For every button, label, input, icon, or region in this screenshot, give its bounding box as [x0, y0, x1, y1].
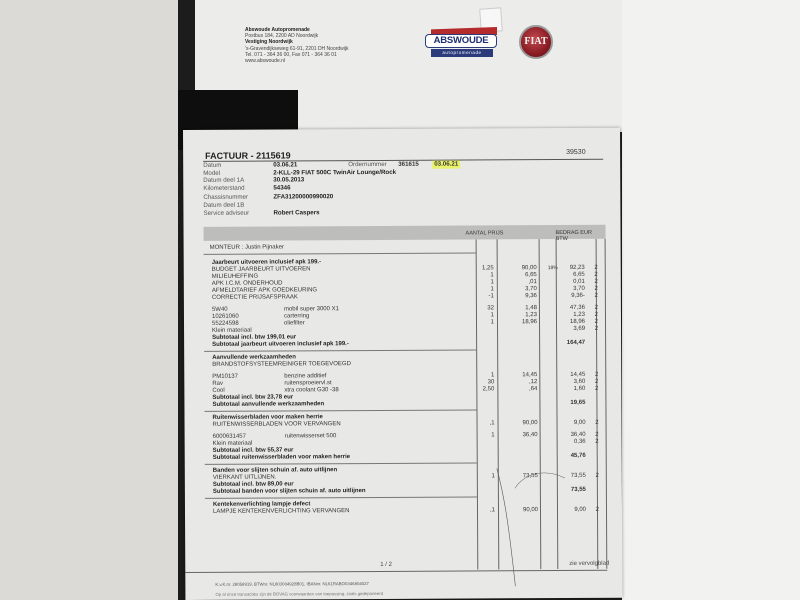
unit-price: 90,00 [522, 265, 537, 272]
table-row: RUITENWISSERBLADEN VOOR VERVANGEN,190,00… [205, 420, 607, 429]
line-amount: 3,70 [573, 286, 585, 293]
vat-code: 2 [594, 272, 597, 279]
line-description: Subtotaal ruitenwisserbladen voor maken … [213, 454, 350, 462]
vat-code: 2 [595, 372, 598, 379]
subtotal-row: Subtotaal jaarbeurt uitvoeren inclusief … [204, 340, 606, 349]
vat-code: 2 [594, 286, 597, 293]
meta-value: Robert Caspers [273, 209, 319, 217]
vat-code: 2 [595, 326, 598, 333]
page-number: 1 / 2 [380, 562, 392, 568]
unit-price: 9,36 [525, 293, 537, 300]
line-amount: 9,00 [574, 420, 586, 427]
line-description: Subtotaal banden voor slijten schuin af.… [213, 488, 366, 496]
divider [205, 496, 477, 498]
line-description: RUITENWISSERBLADEN VOOR VERVANGEN [213, 421, 341, 429]
divider [204, 349, 476, 351]
vat-code: 2 [595, 439, 598, 446]
vat-code: 2 [595, 319, 598, 326]
line-description: LAMPJE KENTEKENVERLICHTING VERVANGEN [213, 508, 350, 516]
quantity: 1 [491, 432, 494, 439]
vat-code: 2 [595, 293, 598, 300]
vat-code: 2 [595, 379, 598, 386]
line-description: Subtotaal jaarbeurt uitvoeren inclusief … [212, 341, 349, 349]
table-surface-right [622, 0, 800, 600]
unit-price: 1,23 [525, 312, 537, 319]
line-amount: 19,65 [570, 400, 585, 407]
meta-row: Service adviseur Robert Caspers [203, 208, 460, 217]
invoice-title: FACTUUR - 2115619 [205, 150, 291, 160]
table-header: AANTAL PRIJS BEDRAG EUR BTW [204, 225, 606, 241]
line-description: CORRECTIE PRIJSAFSPRAAK [212, 294, 298, 301]
vat-code: 2 [596, 507, 599, 514]
part-code: Cool [212, 388, 224, 395]
sender-line: 's-Gravendijkseweg 61-91, 2201 DH Noordw… [245, 46, 349, 52]
quantity: 1 [491, 312, 494, 319]
table-row: CORRECTIE PRIJSAFSPRAAK-19,369,36-2 [204, 293, 606, 302]
meta-value: 30.05.2013 [273, 177, 304, 185]
meta-value: 361615 [398, 161, 426, 169]
company-registration: K.v.K.nr. 28058919, BTWnr. NL803004928B0… [215, 581, 369, 587]
meta-row: Kilometerstand 54346 [203, 183, 460, 192]
quantity: 30 [488, 379, 495, 386]
part-code: Rav [212, 381, 223, 388]
line-amount: 1,23 [573, 312, 585, 319]
quantity: 32 [487, 305, 494, 312]
pen-mark [495, 468, 576, 588]
quantity: ,1 [490, 420, 495, 427]
unit-price: 90,00 [523, 420, 538, 427]
logo-name: ABSWOUDE [425, 34, 497, 48]
sender-line: www.abswoude.nl [245, 58, 349, 64]
divider [205, 462, 477, 464]
unit-price: 3,70 [525, 286, 537, 293]
line-amount: 3,60 [574, 379, 586, 386]
terms-note: Op al onze transacties zijn de BOVAG voo… [215, 591, 383, 597]
meta-value: 03.06.21 [273, 161, 313, 169]
subtotal-row: Subtotaal aanvullende werkzaamheden19,65 [204, 400, 606, 409]
quantity: 1,25 [482, 265, 494, 272]
unit-price: ,01 [528, 279, 536, 286]
line-amount: 3,69 [573, 326, 585, 333]
quantity: 1 [490, 279, 493, 286]
table-row: BRANDSTOFSYSTEEMREINIGER TOEGEVOEGD [204, 360, 606, 369]
line-description: BRANDSTOFSYSTEEMREINIGER TOEGEVOEGD [212, 361, 351, 369]
meta-label: Service adviseur [203, 209, 273, 217]
unit-price: 1,48 [525, 305, 537, 312]
meta-value: ZFA31200000990020 [273, 194, 333, 202]
quantity: 2,50 [483, 386, 495, 393]
unit-price: ,64 [529, 386, 537, 393]
line-amount: 1,60 [574, 386, 586, 393]
vat-code: 2 [595, 386, 598, 393]
table-surface-left [0, 0, 178, 600]
meta-label: Kilometerstand [203, 184, 273, 192]
quantity: 1 [491, 372, 494, 379]
quantity: -1 [489, 293, 494, 300]
sender-address: Abswoude Autopromenade Postbus 184, 2200… [245, 27, 349, 64]
invoice-meta: Datum 03.06.21 Ordernummer 361615 03.06.… [203, 161, 460, 218]
vat-code: 2 [594, 279, 597, 286]
line-amount: 0,36 [574, 439, 586, 446]
quantity: 1 [491, 319, 494, 326]
line-amount: 164,47 [567, 340, 585, 347]
divider [204, 409, 476, 411]
quantity: 1 [490, 286, 493, 293]
highlighted-date: 03.06.21 [432, 161, 460, 169]
meta-value: 2-KLL-29 FIAT 500C TwinAir Lounge/Rock [273, 168, 396, 176]
fiat-logo: FIAT [519, 25, 553, 59]
line-amount: 9,00 [574, 507, 586, 514]
line-amount: 0,01 [573, 279, 585, 286]
monteur-label: MONTEUR : Justin Pijnaker [210, 244, 284, 250]
vat-code: 2 [595, 420, 598, 427]
invoice-ref-number: 39530 [566, 149, 586, 156]
discount: 18% [548, 265, 558, 272]
line-amount: 45,76 [571, 453, 586, 460]
vat-code: 2 [595, 312, 598, 319]
vat-code: 2 [595, 432, 598, 439]
divider [204, 252, 476, 254]
vat-code: 2 [594, 265, 597, 272]
line-description: Subtotaal aanvullende werkzaamheden [212, 401, 324, 409]
column-header-amount-btw: BEDRAG EUR BTW [556, 230, 606, 242]
unit-price: 6,65 [525, 272, 537, 279]
abswoude-logo: ABSWOUDE autopromenade [425, 27, 503, 61]
logo-subtitle: autopromenade [431, 49, 493, 57]
subtotal-row: Subtotaal ruitenwisserbladen voor maken … [205, 453, 607, 462]
invoice-page: FACTUUR - 2115619 39530 Datum 03.06.21 O… [183, 128, 622, 600]
vat-code: 2 [595, 473, 598, 480]
line-amount: 6,65 [573, 272, 585, 279]
vat-code: 2 [595, 305, 598, 312]
meta-value: 54346 [273, 184, 290, 192]
unit-price: ,12 [529, 379, 537, 386]
column-header-qty-price: AANTAL PRIJS [466, 230, 504, 236]
quantity: 1 [490, 272, 493, 279]
line-amount: 9,36- [571, 293, 585, 300]
